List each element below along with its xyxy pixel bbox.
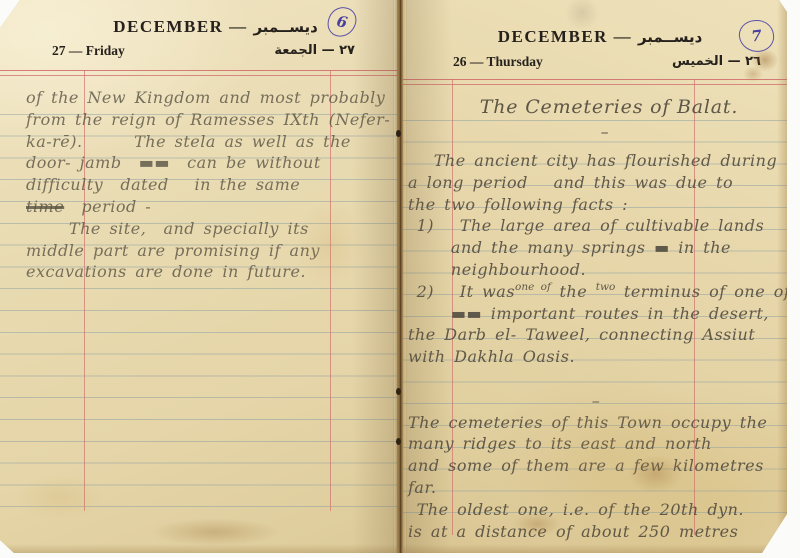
handwriting-line: far. <box>408 477 784 499</box>
handwriting-line: The site, and specially its <box>26 218 390 240</box>
handwriting-line: many ridges to its east and north <box>408 433 784 455</box>
month-name-arabic-left: ديســمبر <box>253 18 317 36</box>
header-red-rule-left <box>0 70 397 76</box>
handwriting-line: The cemeteries of this Town occupy the <box>408 412 784 434</box>
stain <box>150 518 280 546</box>
gutter-shadow <box>406 0 452 553</box>
handwriting-line: from the reign of Ramesses IXth (Nefer- <box>26 109 390 131</box>
diary-page-left: DECEMBER — ديســمبر 27 — Friday ٢٧ — الج… <box>0 0 397 553</box>
date-arabic-left: ٢٧ — الجمعة <box>274 43 355 59</box>
handwriting-line: is at a distance of about 250 metres <box>408 521 784 543</box>
inserted-word-above: one of <box>515 277 551 299</box>
handwriting-line: with Dakhla Oasis. <box>408 346 784 368</box>
month-header-right: DECEMBER — ديســمبر <box>403 27 787 47</box>
handwriting-line: The oldest one, i.e. of the 20th dyn. <box>408 499 784 521</box>
diary-scan-spread: DECEMBER — ديســمبر 27 — Friday ٢٧ — الج… <box>0 0 800 558</box>
title-separator-dash: – <box>403 122 787 141</box>
diary-page-right: DECEMBER — ديســمبر 26 — Thursday ٢٦ — ا… <box>403 0 787 553</box>
handwriting-line: the Darb el- Taweel, connecting Assiut <box>408 324 784 346</box>
date-arabic-right: ٢٦ — الخميس <box>672 54 761 70</box>
page-bottom-edge <box>403 544 787 553</box>
handwriting-line: 1) The large area of cultivable lands <box>408 215 784 237</box>
binding-stitch <box>396 130 401 137</box>
handwriting-line: a long period and this was due to <box>408 172 784 194</box>
handwriting-line: the two following facts : <box>408 194 784 216</box>
date-english-right: 26 — Thursday <box>453 54 543 70</box>
line-post: terminus of one of the <box>615 282 787 301</box>
handwriting-line: ▬▬ important routes in the desert, <box>408 303 784 325</box>
handwriting-block-right: The ancient city has flourished during a… <box>408 150 784 542</box>
handwriting-line: ka-rē). The stela as well as the <box>26 131 390 153</box>
paragraph-separator-dash: – <box>408 390 784 412</box>
handwriting-line: The ancient city has flourished during <box>408 150 784 172</box>
page-bottom-edge <box>0 544 397 553</box>
month-name-right: DECEMBER — <box>498 27 632 46</box>
stain <box>565 0 599 30</box>
handwriting-line: and some of them are a few kilometres <box>408 455 784 477</box>
handwriting-line: of the New Kingdom and most probably <box>26 87 390 109</box>
inserted-word-above: two <box>596 277 616 299</box>
handwriting-line-struck: time period - <box>26 196 390 218</box>
page-right-edge <box>777 0 787 553</box>
handwriting-line: middle part are promising if any <box>26 240 390 262</box>
line-rest: period - <box>64 197 151 216</box>
month-name-arabic-right: ديســمبر <box>638 28 702 46</box>
date-english-left: 27 — Friday <box>52 43 125 59</box>
book-gutter <box>393 0 407 553</box>
page-number: 7 <box>750 27 762 46</box>
handwriting-block-left: of the New Kingdom and most probably fro… <box>26 87 390 283</box>
struck-word: time <box>26 197 64 216</box>
blank-line <box>408 368 784 390</box>
header-red-rule-right <box>403 79 787 85</box>
date-row-right: 26 — Thursday ٢٦ — الخميس <box>403 54 787 70</box>
page-number: 6 <box>335 12 349 32</box>
handwriting-line: difficulty dated in the same <box>26 174 390 196</box>
page-number-badge: 7 <box>737 18 775 53</box>
handwriting-line: door- jamb ▬▬ can be without <box>26 152 390 174</box>
handwriting-line: excavations are done in future. <box>26 261 390 283</box>
gutter-shadow <box>352 0 394 553</box>
handwriting-line: and the many springs ▬ in the <box>408 237 784 259</box>
handwriting-line-inserted: 2) It wasone of the two terminus of one … <box>408 281 784 303</box>
entry-title: The Cemeteries of Balat. <box>403 96 787 118</box>
date-row-left: 27 — Friday ٢٧ — الجمعة <box>0 43 397 59</box>
month-name-left: DECEMBER — <box>113 17 247 36</box>
line-mid: the <box>551 282 596 301</box>
binding-stitch <box>396 438 401 445</box>
binding-stitch <box>396 388 401 395</box>
